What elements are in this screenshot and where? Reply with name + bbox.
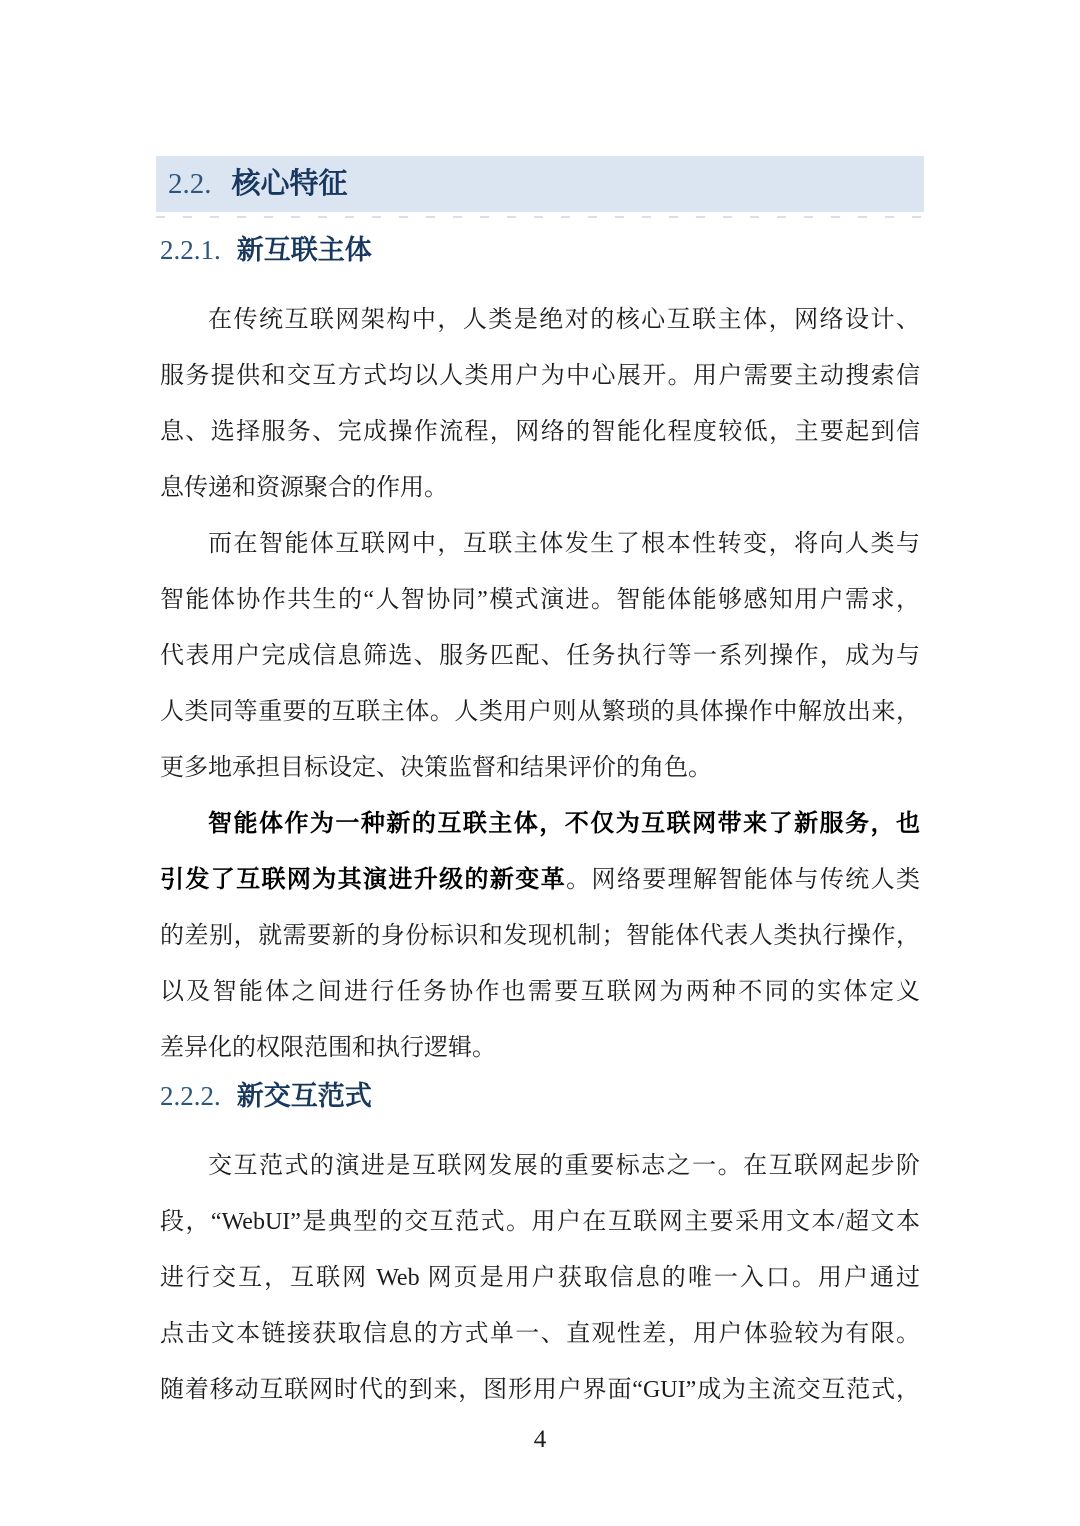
text-line: 交互范式的演进是互联网发展的重要标志之一。在互联网起步阶 xyxy=(160,1138,920,1194)
text-line: 智能体协作共生的“人智协同”模式演进。智能体能够感知用户需求， xyxy=(160,572,920,628)
subsection-heading-1: 2.2.1.新互联主体 xyxy=(160,230,920,270)
text-line: 而在智能体互联网中，互联主体发生了根本性转变，将向人类与 xyxy=(160,516,920,572)
section-number: 2.2. xyxy=(168,168,212,200)
subsection-1-number: 2.2.1. xyxy=(160,235,221,265)
paragraph-2: 而在智能体互联网中，互联主体发生了根本性转变，将向人类与 智能体协作共生的“人智… xyxy=(160,516,920,796)
text-line: 代表用户完成信息筛选、服务匹配、任务执行等一系列操作，成为与 xyxy=(160,628,920,684)
text-line: 智能体作为一种新的互联主体，不仅为互联网带来了新服务，也 xyxy=(160,796,920,852)
text-line: 更多地承担目标设定、决策监督和结果评价的角色。 xyxy=(160,740,920,796)
section-heading: 2.2.核心特征 xyxy=(156,156,924,212)
text-line: 息、选择服务、完成操作流程，网络的智能化程度较低，主要起到信 xyxy=(160,404,920,460)
text-line: 随着移动互联网时代的到来，图形用户界面“GUI”成为主流交互范式， xyxy=(160,1362,920,1418)
paragraph-3: 智能体作为一种新的互联主体，不仅为互联网带来了新服务，也 引发了互联网为其演进升… xyxy=(160,796,920,1076)
document-page: 2.2.核心特征 2.2.1.新互联主体 在传统互联网架构中，人类是绝对的核心互… xyxy=(0,0,1080,1526)
paragraph-4: 交互范式的演进是互联网发展的重要标志之一。在互联网起步阶 段，“WebUI”是典… xyxy=(160,1138,920,1418)
text-line: 息传递和资源聚合的作用。 xyxy=(160,460,920,516)
text-line: 服务提供和交互方式均以人类用户为中心展开。用户需要主动搜索信 xyxy=(160,348,920,404)
subsection-2-number: 2.2.2. xyxy=(160,1081,221,1111)
subsection-heading-2: 2.2.2.新交互范式 xyxy=(160,1076,920,1116)
text-line: 差异化的权限范围和执行逻辑。 xyxy=(160,1020,920,1076)
paragraph-1: 在传统互联网架构中，人类是绝对的核心互联主体，网络设计、 服务提供和交互方式均以… xyxy=(160,292,920,516)
text-line: 的差别，就需要新的身份标识和发现机制；智能体代表人类执行操作， xyxy=(160,908,920,964)
text-line: 进行交互，互联网 Web 网页是用户获取信息的唯一入口。用户通过 xyxy=(160,1250,920,1306)
text-line: 以及智能体之间进行任务协作也需要互联网为两种不同的实体定义 xyxy=(160,964,920,1020)
subsection-1-title: 新互联主体 xyxy=(237,235,372,265)
text-line: 人类同等重要的互联主体。人类用户则从繁琐的具体操作中解放出来， xyxy=(160,684,920,740)
text-line: 在传统互联网架构中，人类是绝对的核心互联主体，网络设计、 xyxy=(160,292,920,348)
text-line: 点击文本链接获取信息的方式单一、直观性差，用户体验较为有限。 xyxy=(160,1306,920,1362)
bold-text: 智能体作为一种新的互联主体，不仅为互联网带来了新服务，也 xyxy=(208,811,920,837)
bold-text: 引发了互联网为其演进升级的新变革 xyxy=(160,867,566,893)
heading-divider xyxy=(156,216,924,218)
text-line: 引发了互联网为其演进升级的新变革。网络要理解智能体与传统人类 xyxy=(160,852,920,908)
subsection-2-title: 新交互范式 xyxy=(237,1081,372,1111)
text-line: 段，“WebUI”是典型的交互范式。用户在互联网主要采用文本/超文本 xyxy=(160,1194,920,1250)
section-title: 核心特征 xyxy=(232,168,348,200)
page-number: 4 xyxy=(160,1420,920,1460)
body-text: 。网络要理解智能体与传统人类 xyxy=(566,867,920,893)
